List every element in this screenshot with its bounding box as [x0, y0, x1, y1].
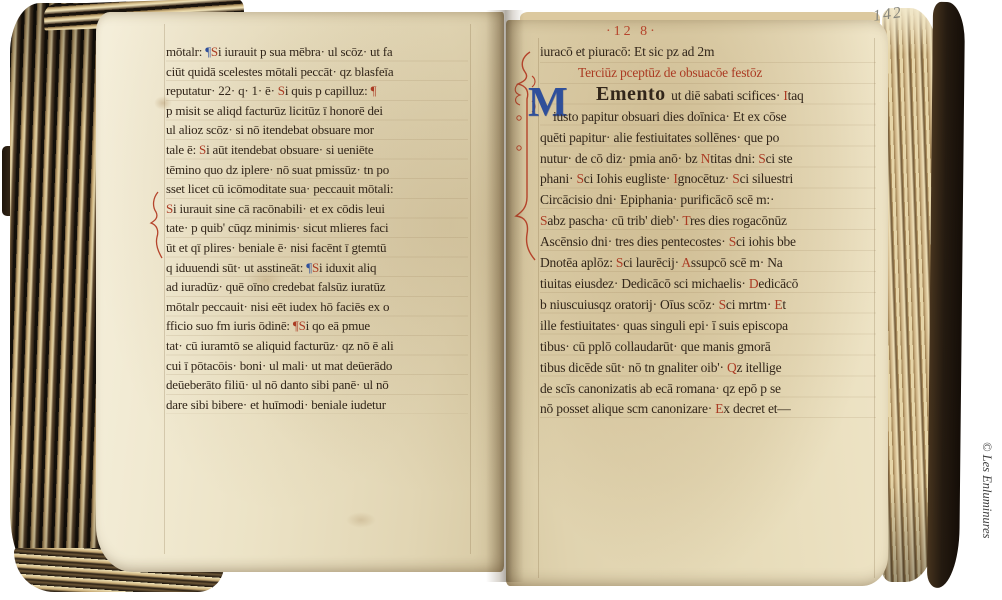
left-page-edges	[10, 3, 102, 581]
margin-rule-line	[164, 24, 165, 554]
right-binding	[927, 2, 965, 588]
left-page: mōtalr: ¶Si iurauit p sua mēbra· ul scōz…	[96, 12, 504, 572]
margin-rule-line	[470, 24, 471, 554]
right-page-text: iuracō et piuracō: Et sic pz ad 2mTerciū…	[540, 42, 876, 420]
right-page: ·12 8· M iuracō et piuracō: Et sic pz ad…	[506, 20, 888, 586]
folio-header: ·12 8·	[606, 24, 658, 40]
manuscript-photo: mōtalr: ¶Si iurauit p sua mēbra· ul scōz…	[0, 0, 1002, 600]
left-page-text: mōtalr: ¶Si iurauit p sua mēbra· ul scōz…	[166, 42, 468, 414]
copyright-credit: © Les Enluminures	[979, 442, 994, 539]
red-penwork-flourish	[148, 190, 164, 260]
parchment-stain	[346, 512, 376, 528]
